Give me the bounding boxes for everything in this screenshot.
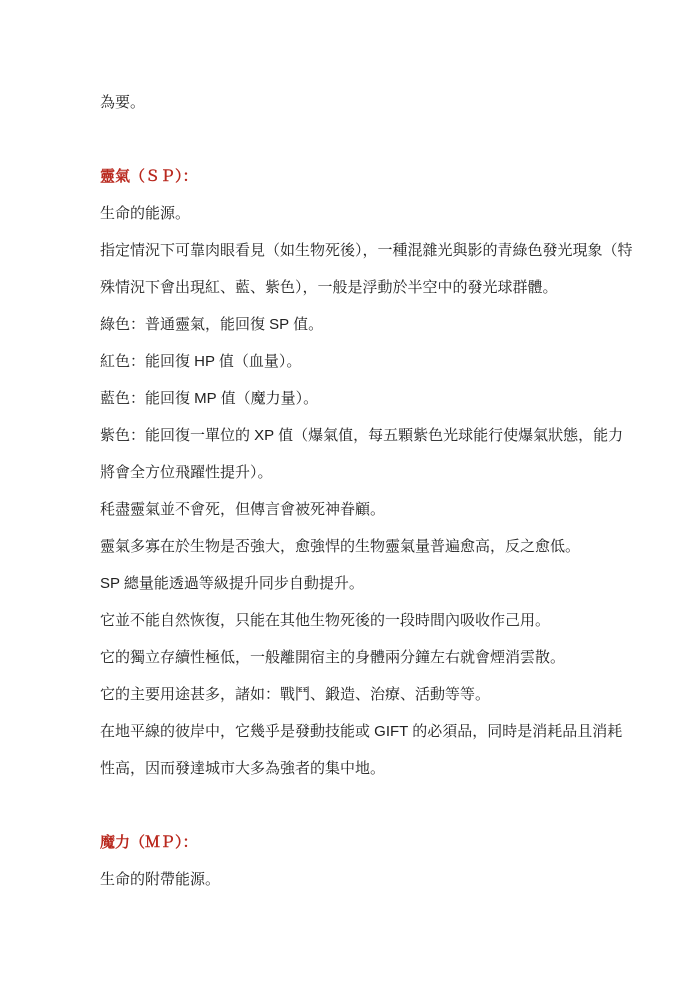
paragraph-line: 為要。	[100, 84, 600, 121]
paragraph-line: 它並不能自然恢復，只能在其他生物死後的一段時間內吸收作己用。	[100, 602, 600, 639]
paragraph-line: SP 總量能透過等級提升同步自動提升。	[100, 565, 600, 602]
paragraph-line: 紫色：能回復一單位的 XP 值（爆氣值，每五顆紫色光球能行使爆氣狀態，能力	[100, 417, 600, 454]
paragraph-line: 生命的附帶能源。	[100, 861, 600, 898]
section-heading-mp: 魔力（ＭＰ）：	[100, 824, 600, 861]
document-page: 為要。 靈氣（ＳＰ）： 生命的能源。 指定情況下可靠肉眼看見（如生物死後），一種…	[0, 0, 700, 990]
paragraph-line: 藍色：能回復 MP 值（魔力量）。	[100, 380, 600, 417]
paragraph-line: 在地平線的彼岸中，它幾乎是發動技能或 GIFT 的必須品，同時是消耗品且消耗	[100, 713, 600, 750]
paragraph-line: 靈氣多寡在於生物是否強大，愈強悍的生物靈氣量普遍愈高，反之愈低。	[100, 528, 600, 565]
paragraph-line: 殊情況下會出現紅、藍、紫色），一般是浮動於半空中的發光球群體。	[100, 269, 600, 306]
paragraph-line: 性高，因而發達城市大多為強者的集中地。	[100, 750, 600, 787]
paragraph-line: 生命的能源。	[100, 195, 600, 232]
paragraph-line: 它的主要用途甚多，諸如：戰鬥、鍛造、治療、活動等等。	[100, 676, 600, 713]
paragraph-line: 指定情況下可靠肉眼看見（如生物死後），一種混雜光與影的青綠色發光現象（特	[100, 232, 600, 269]
paragraph-line: 它的獨立存續性極低，一般離開宿主的身體兩分鐘左右就會煙消雲散。	[100, 639, 600, 676]
paragraph-line: 秏盡靈氣並不會死，但傳言會被死神眷顧。	[100, 491, 600, 528]
paragraph-line: 綠色：普通靈氣，能回復 SP 值。	[100, 306, 600, 343]
section-heading-sp: 靈氣（ＳＰ）：	[100, 158, 600, 195]
paragraph-line: 將會全方位飛躍性提升）。	[100, 454, 600, 491]
paragraph-line: 紅色：能回復 HP 值（血量）。	[100, 343, 600, 380]
